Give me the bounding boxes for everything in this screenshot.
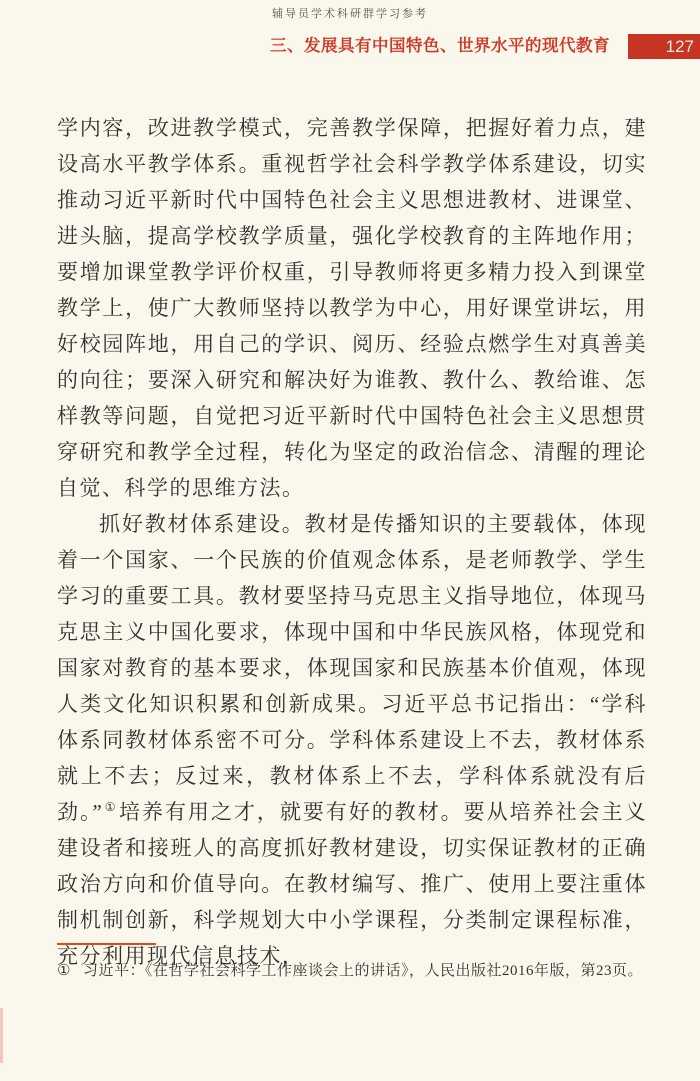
body-text: 学内容，改进教学模式，完善教学保障，把握好着力点，建设高水平教学体系。重视哲学社… bbox=[57, 110, 647, 974]
footnote-marker: ① bbox=[57, 963, 71, 979]
page-edge-mark bbox=[0, 1008, 3, 1063]
book-page: 辅导员学术科研群学习参考 三、发展具有中国特色、世界水平的现代教育 127 学内… bbox=[0, 0, 700, 1081]
footnote-text: 习近平：《在哲学社会科学工作座谈会上的讲话》，人民出版社2016年版，第23页。 bbox=[83, 963, 643, 979]
footnote-reference: ① bbox=[104, 800, 116, 814]
paragraph-text: 抓好教材体系建设。教材是传播知识的主要载体，体现着一个国家、一个民族的价值观念体… bbox=[57, 512, 647, 824]
page-number: 127 bbox=[666, 37, 694, 57]
running-header: 辅导员学术科研群学习参考 bbox=[0, 5, 700, 21]
page-number-badge: 127 bbox=[628, 34, 700, 59]
chapter-title: 三、发展具有中国特色、世界水平的现代教育 bbox=[270, 34, 610, 59]
paragraph-continued: 学内容，改进教学模式，完善教学保障，把握好着力点，建设高水平教学体系。重视哲学社… bbox=[57, 110, 647, 506]
footnote-area: ①习近平：《在哲学社会科学工作座谈会上的讲话》，人民出版社2016年版，第23页… bbox=[57, 943, 647, 982]
footnote: ①习近平：《在哲学社会科学工作座谈会上的讲话》，人民出版社2016年版，第23页… bbox=[57, 960, 647, 982]
chapter-header-row: 三、发展具有中国特色、世界水平的现代教育 127 bbox=[270, 34, 700, 59]
footnote-separator bbox=[57, 943, 156, 945]
paragraph: 抓好教材体系建设。教材是传播知识的主要载体，体现着一个国家、一个民族的价值观念体… bbox=[57, 506, 647, 974]
